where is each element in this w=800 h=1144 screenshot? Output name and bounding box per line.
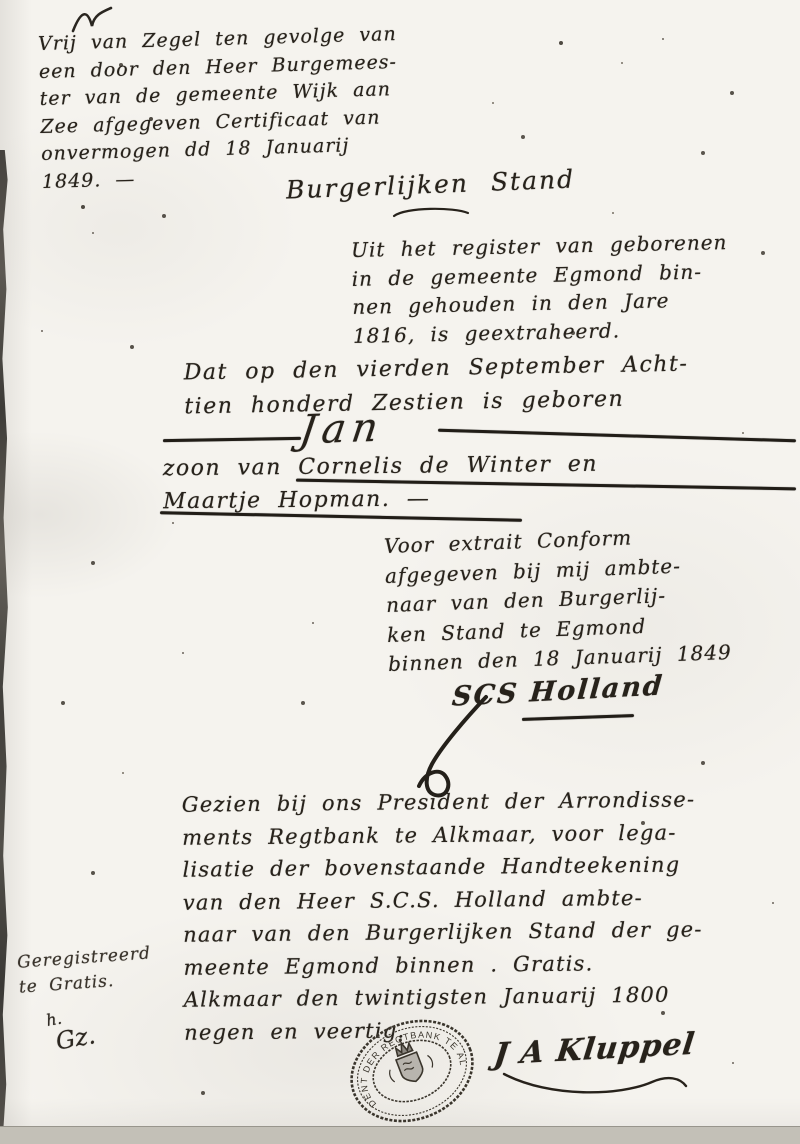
clerk-initials: h. Gz.	[45, 1002, 97, 1053]
legalisation: Gezien bij ons President der Arrondisse-…	[182, 783, 704, 1048]
registrar-signature-underline	[522, 714, 634, 720]
name-rule-right	[438, 429, 796, 443]
margin-note-top: Vrij van Zegel ten gevolge van een door …	[38, 21, 401, 196]
name-rule-left	[163, 437, 301, 442]
legalisation-line: ments Regtbank te Alkmaar, voor lega-	[182, 816, 702, 854]
extract-intro: Uit het register van geborenen in de gem…	[351, 228, 730, 350]
legalisation-line: lisatie der bovenstaande Handteekening	[182, 848, 702, 886]
legalisation-line: Gezien bij ons President der Arrondisse-	[182, 783, 702, 821]
margin-note-bottom: Geregistreerd te Gratis.	[16, 941, 153, 1000]
heading-flourish	[392, 206, 472, 220]
court-seal-icon: PRESIDENT DER REGTBANK TE ALKMAAR	[340, 1010, 484, 1134]
certification: Voor extrait Conform afgegeven bij mij a…	[384, 520, 733, 679]
scan-edge-strip	[0, 150, 8, 1144]
legalisation-line: naar van den Burgerlijken Stand der ge-	[183, 913, 703, 951]
document-page: Vrij van Zegel ten gevolge van een door …	[0, 0, 800, 1144]
birth-statement: Dat op den vierden September Acht- tien …	[183, 348, 689, 425]
legalisation-line: meente Egmond binnen . Gratis.	[183, 946, 703, 984]
president-signature-flourish	[500, 1068, 690, 1104]
clerk-initial: Gz.	[54, 1024, 97, 1053]
legalisation-line: van den Heer S.C.S. Holland ambte-	[183, 881, 703, 919]
child-name: Jan	[297, 404, 387, 453]
